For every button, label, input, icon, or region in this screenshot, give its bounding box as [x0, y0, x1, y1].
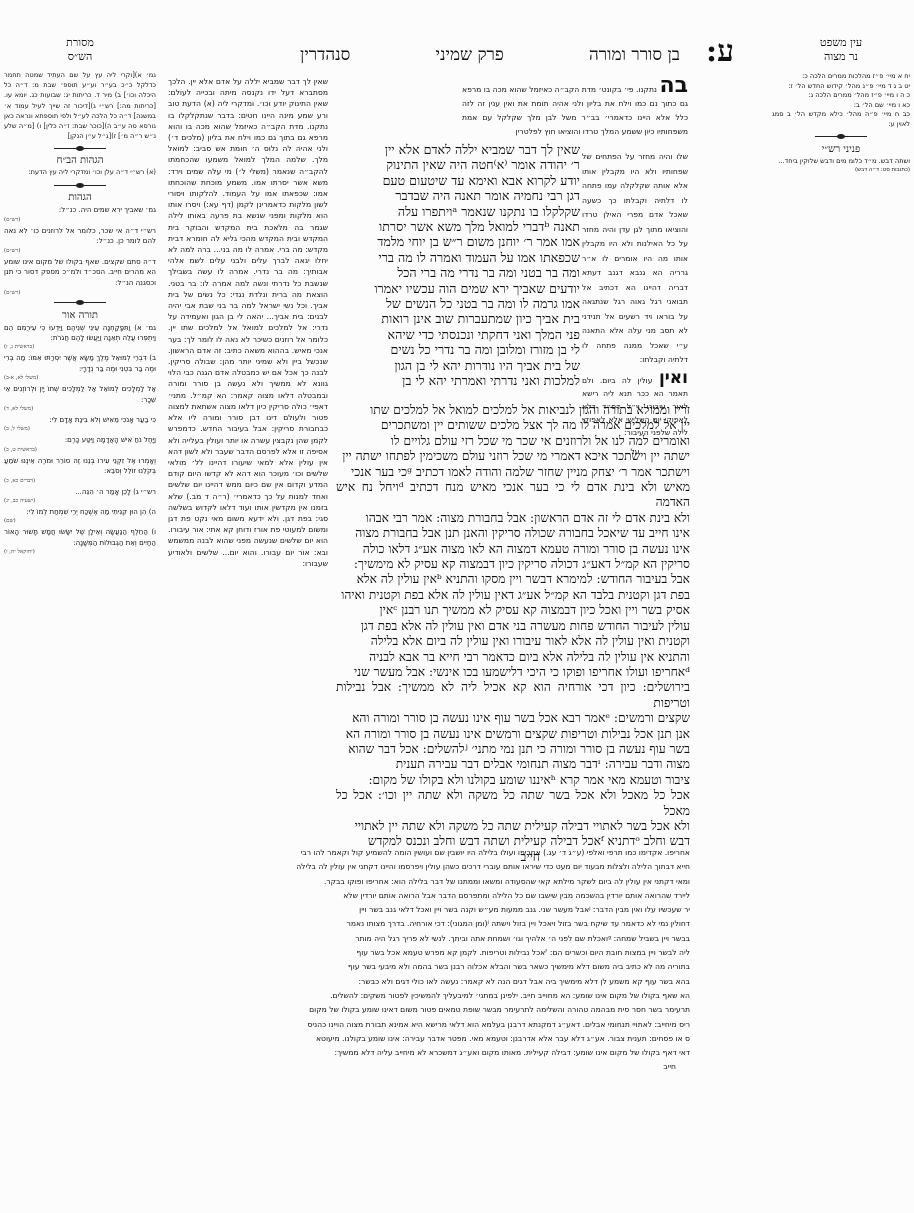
tosafot-bottom-line: חייא דבתוך הלילה ולצלות מבעוד יום מעט כד…	[166, 860, 690, 874]
ein-mishpat-title: עין משפט נר מצוה	[772, 36, 910, 64]
left-margin-column: מסורת הש״ס גמ׳ א)[וקרי ליה עץ על שם העתי…	[4, 36, 156, 558]
gemara-line: וישתכר אמר ר׳ יצחק מניין שחזר שלמה והודה…	[336, 465, 690, 480]
hagahot-bach-text: (א) רש״י ד״ה עלן וכו׳ ומדקרי ליה עץ הדעת…	[4, 168, 156, 178]
gemara-line: בית אביך כיון שמתעברות שוב אינן רואות	[336, 311, 580, 326]
tractate-name: סנהדרין	[300, 45, 350, 65]
gemara-line: בשר עוף נעשה בן סורר ומורה כי תנן נמי מת…	[336, 742, 690, 757]
torah-or-source: (משלי ל, ב)	[4, 426, 156, 432]
ein-mishpat-column: עין משפט נר מצוה יח א מיי׳ פ״ז מהלכות ממ…	[772, 36, 910, 176]
gemara-line: של בית אביך היו נודרות יהא לי בן הגון	[336, 358, 580, 373]
gemara-line: בירושלים: כיון דכי אורחיה הוא קא אכיל לי…	[336, 680, 690, 711]
gemara-line: ישתה יין וישתכר איכא דאמרי מי שכל רוזני …	[336, 449, 690, 464]
tosafot-line: שלו והיה מחזר על הפתחים של	[582, 152, 688, 161]
gemara-line: שאין לך דבר שמביא יללה לאדם אלא יין	[336, 142, 580, 157]
torah-or-source: (משלי לא, א-ב)	[4, 375, 156, 381]
ein-mishpat-title-line1: עין משפט	[772, 36, 910, 50]
gemara-line: למלכות ואני נדרתי ואמרתי יהא לי בן	[336, 373, 580, 388]
torah-or-entry: ה) הִן הוּן קִנִּיתִי מַה אֶשְׁכַּח יְרֵ…	[4, 507, 156, 517]
gemara-line: ᵈאחריפו ועולו אחריפו ופוקו כי היכי דלישמ…	[336, 665, 690, 680]
hagahot-source: (רש״ם)	[4, 290, 156, 296]
torah-or-entry: וַיָּחֶל נֹחַ אִישׁ הָאֲדָמָה וַיִּטַּע …	[4, 435, 156, 445]
pninei-rashi-source: (כתובות סט: ד״ה דבש)	[772, 166, 910, 176]
pninei-rashi-title: פניני רש״י	[772, 144, 910, 155]
tosafot-bottom-last-word: חייב	[166, 1060, 690, 1074]
gemara-line: אינו חייב עד שיאכל בחבורה שכולה סריקין ו…	[336, 526, 690, 541]
gemara-line: בפת דגן וקטנית בלבד הא קמ״ל אע״ג דאין עו…	[336, 588, 690, 603]
daf-number: ע:	[690, 34, 750, 69]
gemara-line: ר׳ יהודה אומר ⁽א⁾חטה היה שאין התינוק	[336, 157, 580, 172]
ornament-divider	[4, 181, 156, 189]
tosafot-bottom: אחריפו. אקדימו כמו תרפי ואלפי (ע״ג ד׳ עג…	[166, 846, 690, 1075]
gemara-line: פני המלך ואני דחקתי ונכנסתי כדי שיהא	[336, 327, 580, 342]
torah-or-entry: ו) הַחֵלֶף הַנַּעֲשָׂה וְאֵילָן שֶׁל יִש…	[4, 527, 156, 548]
ein-mishpat-entry: יט ב ג ד מיי׳ פ״ג מהל׳ קידוש החדש הל׳ ז:	[772, 82, 910, 92]
gemara-upper: שאין לך דבר שמביא יללה לאדם אלא יין ר׳ י…	[336, 142, 580, 389]
gemara-line: ומה בר בטני ומה בר נדרי מה ברי הכל	[336, 265, 580, 280]
tosafot-bottom-line: ס או פסחים: תענית צבור. אע״ג דלא עבר אלא…	[166, 1032, 690, 1046]
mesoret-title-line2: הש״ס	[4, 50, 156, 64]
torah-or-source: (ישעיה כב, יג)	[4, 498, 156, 504]
gemara-line: שקלקלו בו נתקנו שנאמר ᵃויתפרו עלה	[336, 204, 580, 219]
tosafot-veein-title: ואין	[659, 368, 688, 388]
chapter-number: פרק שמיני	[436, 45, 504, 65]
page-header: בן סורר ומורה פרק שמיני סנהדרין	[300, 44, 680, 66]
torah-or-source: (בראשית ט, כ)	[4, 447, 156, 453]
hagahot-entry: ד״ה סתם שקצים. שאף בקולו של מקום אינו שו…	[4, 257, 156, 289]
torah-or-entry: כִּי בַעַר אָנֹכִי מֵאִישׁ וְלֹא בִינַת …	[4, 415, 156, 425]
gemara-line: אנן תנן אכל נבילות וטריפות שקצים ורמשים …	[336, 727, 690, 742]
gemara-line: עולין לעיבור החודש פחות מעשרה בני אדם וא…	[336, 619, 690, 634]
tosafot-bottom-line: דאי דאף בקולו של מקום אינו שומע: דבילה ק…	[166, 1046, 690, 1060]
ein-mishpat-list: יח א מיי׳ פ״ז מהלכות ממרים הלכה כ: יט ב …	[772, 72, 910, 130]
gemara-wide: זריז וממולא בתורה והגון לנביאות אל למלכי…	[336, 403, 690, 865]
gemara-line: יין אל למלכים אמרה לו מה לך אצל מלכים שש…	[336, 418, 690, 433]
hagahot-bach-title: הגהות הב״ח	[4, 155, 156, 166]
gemara-line: לי בן מזורז ומלובן ומה בר נדרי כל נשים	[336, 342, 580, 357]
gemara-line: שכפאתו אמו על העמוד ואמרה לו מה ברי	[336, 250, 580, 265]
gemara-line: תאנה ᵇדברי למואל מלך משא אשר יסרתו	[336, 219, 580, 234]
ein-mishpat-entry: כב ח מיי׳ פ״ה מהל׳ כילא מקדש הל׳ ב סמג ל…	[772, 110, 910, 129]
tosafot-opening-block: בה נתקנו. פי׳ בקונט׳ מדת הקב״ה כאיזמל שה…	[462, 76, 688, 139]
gemara-line: ולא אכל בשר לאתויי דבילה קעילית שתה כל מ…	[336, 819, 690, 834]
hagahot-entry: רש״י ד״ה אי שכר, כלומר אל לרוזנים כו׳ לא…	[4, 226, 156, 247]
gemara-line: אמו גרמה לו ומה בר בטני כל הנשים של	[336, 296, 580, 311]
gemara-line: והתניא אין עולין לה בלילה אלא ביום כדאמר…	[336, 650, 690, 665]
ornament-divider	[4, 299, 156, 307]
tosafot-opening-word: בה	[659, 73, 688, 98]
gemara-line: וקטנית ואין עולין לה אלא לאור עיבורו ואי…	[336, 634, 690, 649]
rashi-text: שאין לך דבר שמביא יללה על אדם אלא יין. ה…	[168, 77, 328, 568]
torah-or-source: (שם)	[4, 518, 156, 524]
torah-or-entry: אַל לַמְלָכִים לְמוֹאֵל אַל לַמְלָכִים ש…	[4, 384, 156, 405]
torah-or-entry: רש״י ג) לָכֵן אָמַר ה׳ הִנֵּה...	[4, 487, 156, 497]
tosafot-upper: בה נתקנו. פי׳ בקונט׳ מדת הקב״ה כאיזמל שה…	[462, 76, 688, 139]
gemara-line: אבל בעיבור החודש: למימרא דבשר ויין מסקו …	[336, 572, 690, 587]
torah-or-title: תורה אור	[4, 310, 156, 321]
tosafot-bottom-line: בתוריה מה לא כתיב ביה משום דלא מימשיך כש…	[166, 960, 690, 974]
torah-or-entry: וְאָמְרוּ אֶל זִקְנֵי עִירוֹ בְּנֵנוּ זֶ…	[4, 456, 156, 477]
gemara-line: ואומרים למה לנו אל ולרוזנים אי שכר מי שכ…	[336, 434, 690, 449]
gemara-line: יודעים שאביך ירא שמים הוה עכשיו יאמרו	[336, 281, 580, 296]
gemara-line: ציבור וטעמא מאי אמר קרא ʰאיננו שומע בקול…	[336, 773, 690, 788]
tosafot-line: נתקנו. פי׳ בקונט׳ מדת הקב״ה כאיזמל שהוא …	[462, 85, 657, 94]
gemara-line: אכל כל מאכל ולא אכל בשר שתה כל משקה ולא …	[336, 788, 690, 819]
tosafot-bottom-line: אחריפו. אקדימו כמו תרפי ואלפי (ע״ג ד׳ עג…	[166, 846, 690, 860]
hagahot-source: (רש״ם)	[4, 248, 156, 254]
hagahot-source: (רש״ם)	[4, 217, 156, 223]
tosafot-bottom-line: ריס מיחייב: לאתויי תנחומי אבלים. דאע״ג ד…	[166, 1018, 690, 1032]
gemara-line: אינו נעשה בן סורר ומורה טעמא דמצוה הא לא…	[336, 542, 690, 557]
torah-or-source: (בראשית ג, ז)	[4, 344, 156, 350]
chapter-name: בן סורר ומורה	[589, 45, 680, 65]
gemara-line: אמו אמר ר׳ יוחנן משום ר״ש בן יוחי מלמד	[336, 234, 580, 249]
mesoret-title: מסורת הש״ס	[4, 36, 156, 64]
mesoret-title-line1: מסורת	[4, 36, 156, 50]
torah-or-entry: ב) דִּבְרֵי לְמוּאֵל מֶלֶךְ מַשָּׂא אֲשֶ…	[4, 353, 156, 374]
torah-or-source: (יחזקאל יח, ו)	[4, 549, 156, 555]
gemara-line: זריז וממולא בתורה והגון לנביאות אל למלכי…	[336, 403, 690, 418]
tosafot-bottom-line: תרעימר בשר חסר סית מבהמה טהורה והשלימה ל…	[166, 1003, 690, 1017]
gemara-line: דגן רבי נחמיה אומר תאנה היה שבדבר	[336, 188, 580, 203]
torah-or-entry: גמ׳ א) וַתִּפָּקַחְנָה עֵינֵי שְׁנֵיהֶם …	[4, 323, 156, 344]
gemara-line: יודע לקרוא אבא ואימא עד שיטעום טעם	[336, 173, 580, 188]
ornament-divider	[4, 144, 156, 152]
gemara-line: מאיש ולא בינת אדם לי כי בער אנכי מאיש מנ…	[336, 480, 690, 511]
tosafot-bottom-line: יר שעכשיו עלו ואין מבין הדבר: ʲאבל מעשר …	[166, 903, 690, 917]
tosafot-bottom-line: בבשר ויין בשביל שמחה: ᵍואכלת שם לפני ה׳ …	[166, 932, 690, 946]
tosafot-bottom-line: הא שאף בקולו של מקום אינו שומע: הא מחויי…	[166, 989, 690, 1003]
gemara-line: מצוה ודבר עבירה: ᶦדבר מצוה תנחומי אבלים …	[336, 757, 690, 772]
ein-mishpat-entry: יח א מיי׳ פ״ז מהלכות ממרים הלכה כ:	[772, 72, 910, 82]
ein-mishpat-entry: כ ה ו מיי׳ פ״ז מהל׳ ממרים הלכה ג:	[772, 91, 910, 101]
pninei-rashi-text: ושתה דבש. מ״ד כלומ מים ודבש שלוקין ביחד.…	[772, 157, 910, 167]
tosafot-bottom-line: ליירד שהרואה אותם יורדין בהשכמה מבין שיש…	[166, 889, 690, 903]
tosafot-bottom-line: ומאי דקתני אין עולין לה ביום לשקר מילתא …	[166, 875, 690, 889]
mesoret-text: גמ׳ א)[וקרי ליה עץ על שם העתיד שמטה תחמר…	[4, 70, 156, 141]
hagahot-entry: גמ׳ שאביך ירא שמים היה. כנ״ל:	[4, 205, 156, 216]
ornament-divider	[772, 133, 910, 141]
ein-mishpat-title-line2: נר מצוה	[772, 50, 910, 64]
ein-mishpat-entry: כא ו מיי׳ שם הל׳ ב:	[772, 101, 910, 111]
gemara-line: ולא בינת אדם לי זה אדם הראשון: אבל בחבור…	[336, 511, 690, 526]
rashi-column: שאין לך דבר שמביא יללה על אדם אלא יין. ה…	[168, 76, 328, 569]
tosafot-bottom-line: דחולין נמי לא כדאמר עד שיקח בשר בזול ויא…	[166, 917, 690, 931]
gemara-line: אסיק בשר ויין ואכל כיון דבמצוה קא עסיק ל…	[336, 603, 690, 618]
torah-or-source: (משלי לא, ד)	[4, 406, 156, 412]
gemara-line: סריקין הא קמ״ל דאע״ג דכולה סריקין כיון ד…	[336, 557, 690, 572]
tosafot-bottom-line: ליה לבשר ויין במצות חובת היום וכשרים הם:…	[166, 946, 690, 960]
tosafot-line: גם כתוך נם כמו וילח את בליון ולני אהיה ת…	[504, 99, 689, 108]
gemara-line: שקצים ורמשים: ᵉאמר רבא אכל בשר עוף אינו …	[336, 711, 690, 726]
tosafot-bottom-line: בהא בשר עוף קא משמע לן דלא מימשיך ביה אב…	[166, 975, 690, 989]
torah-or-source: (דברים כא, כ)	[4, 478, 156, 484]
hagahot-title: הגהות	[4, 192, 156, 203]
